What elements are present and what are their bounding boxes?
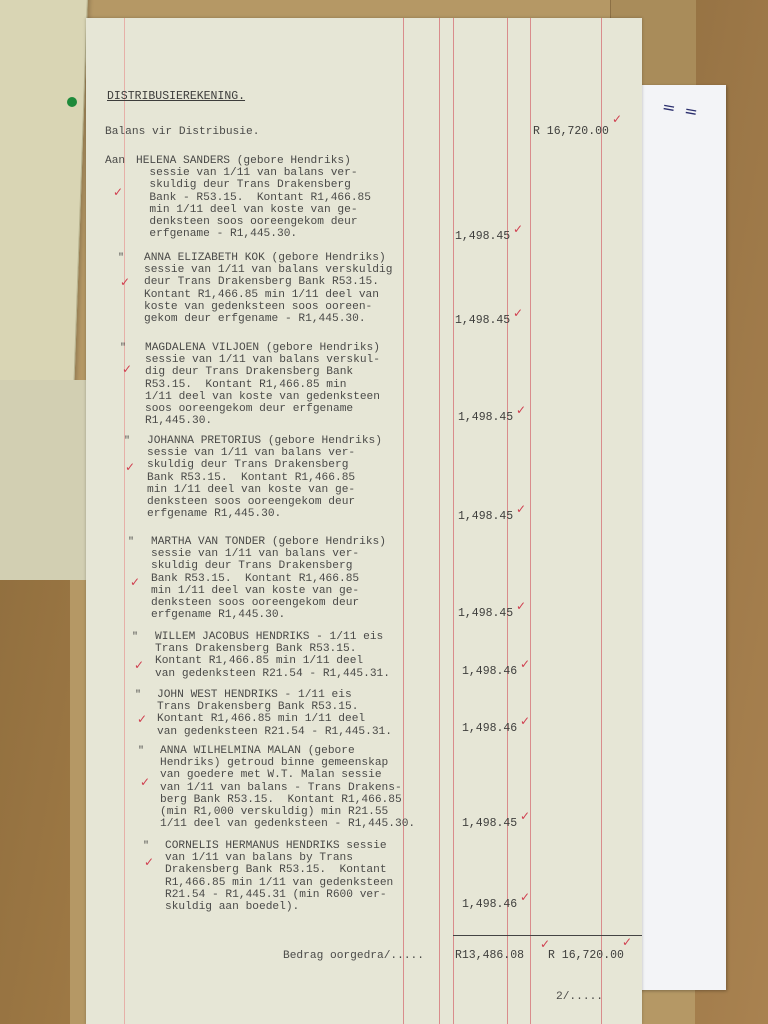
left-page-edge: [0, 0, 88, 402]
entry-text: JOHN WEST HENDRIKS - 1/11 eis Trans Drak…: [157, 689, 392, 738]
check-mark: ✓: [516, 599, 526, 613]
check-mark: ✓: [144, 855, 154, 869]
ditto-mark: ": [120, 343, 126, 354]
check-mark: ✓: [134, 658, 144, 672]
white-sheet: [632, 85, 726, 990]
entry-amount: 1,498.46: [462, 722, 517, 735]
check-mark: ✓: [520, 657, 530, 671]
ditto-mark: ": [128, 537, 134, 548]
column-line: [403, 18, 404, 1024]
entry-amount: 1,498.45: [458, 607, 513, 620]
check-mark: ✓: [540, 937, 550, 951]
entry-amount: 1,498.45: [455, 230, 510, 243]
check-mark: ✓: [516, 502, 526, 516]
entry-text: ANNA ELIZABETH KOK (gebore Hendriks) ses…: [144, 252, 392, 325]
total-rule: [453, 935, 642, 936]
check-mark: ✓: [120, 275, 130, 289]
ditto-mark: ": [138, 746, 144, 757]
entry-amount: 1,498.46: [462, 665, 517, 678]
check-mark: ✓: [612, 112, 622, 126]
entry-text: WILLEM JACOBUS HENDRIKS - 1/11 eis Trans…: [155, 631, 390, 680]
column-line: [530, 18, 531, 1024]
check-mark: ✓: [520, 890, 530, 904]
ditto-mark: ": [135, 690, 141, 701]
ditto-mark: ": [132, 632, 138, 643]
prefix-aan: Aan: [105, 155, 125, 167]
entry-text: HELENA SANDERS (gebore Hendriks) sessie …: [136, 155, 371, 240]
check-mark: ✓: [130, 575, 140, 589]
column-line: [453, 18, 454, 1024]
ditto-mark: ": [118, 253, 124, 264]
entry-text: CORNELIS HERMANUS HENDRIKS sessie van 1/…: [165, 840, 393, 913]
page-continuation: 2/.....: [556, 991, 603, 1003]
column-line: [601, 18, 602, 1024]
check-mark: ✓: [622, 935, 632, 949]
check-mark: ✓: [520, 714, 530, 728]
column-line: [439, 18, 440, 1024]
check-mark: ✓: [125, 460, 135, 474]
check-mark: ✓: [520, 809, 530, 823]
check-mark: ✓: [516, 403, 526, 417]
carried-forward-total: R 16,720.00: [548, 949, 624, 962]
check-mark: ✓: [513, 306, 523, 320]
check-mark: ✓: [140, 775, 150, 789]
document-title: DISTRIBUSIEREKENING.: [107, 90, 245, 103]
entry-amount: 1,498.45: [462, 817, 517, 830]
check-mark: ✓: [113, 185, 123, 199]
entry-text: ANNA WILHELMINA MALAN (gebore Hendriks) …: [160, 745, 415, 830]
left-page-lower: [0, 380, 90, 580]
entry-amount: 1,498.45: [458, 411, 513, 424]
entry-amount: 1,498.46: [462, 898, 517, 911]
opening-amount: R 16,720.00: [533, 125, 609, 138]
ditto-mark: ": [143, 841, 149, 852]
ditto-mark: ": [124, 436, 130, 447]
check-mark: ✓: [513, 222, 523, 236]
entry-text: JOHANNA PRETORIUS (gebore Hendriks) sess…: [147, 435, 382, 520]
entry-amount: 1,498.45: [455, 314, 510, 327]
green-pin: [67, 97, 77, 107]
entry-text: MAGDALENA VILJOEN (gebore Hendriks) sess…: [145, 342, 380, 427]
check-mark: ✓: [137, 712, 147, 726]
opening-label: Balans vir Distribusie.: [105, 126, 259, 138]
carried-forward-amount: R13,486.08: [455, 949, 524, 962]
entry-amount: 1,498.45: [458, 510, 513, 523]
check-mark: ✓: [122, 362, 132, 376]
margin-line: [124, 18, 125, 1024]
entry-text: MARTHA VAN TONDER (gebore Hendriks) sess…: [151, 536, 386, 621]
carried-forward-label: Bedrag oorgedra/.....: [283, 950, 424, 962]
